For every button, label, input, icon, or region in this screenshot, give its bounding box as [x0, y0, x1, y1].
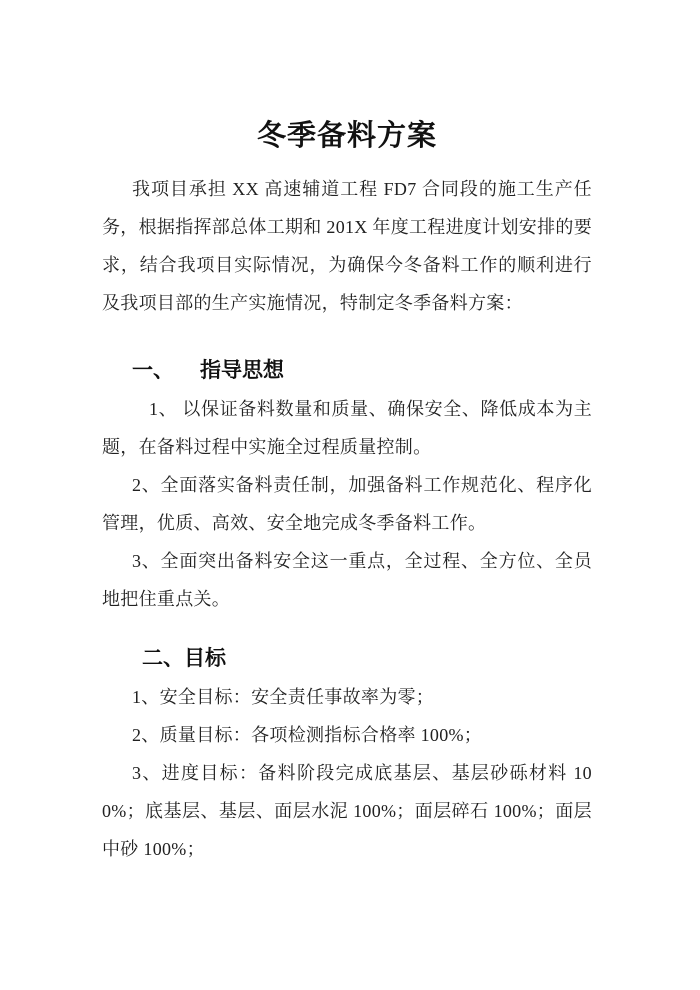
section-1-item-3: 3、全面突出备料安全这一重点，全过程、全方位、全员地把住重点关。: [102, 542, 592, 618]
section-1-item-2: 2、全面落实备料责任制，加强备料工作规范化、程序化管理，优质、高效、安全地完成冬…: [102, 466, 592, 542]
section-1-number: 一、: [132, 359, 174, 382]
document-title: 冬季备料方案: [102, 118, 592, 154]
section-1-title: 指导思想: [200, 359, 284, 382]
section-2-item-1: 1、安全目标：安全责任事故率为零；: [102, 678, 592, 716]
section-2-heading: 二、目标: [102, 640, 592, 678]
section-2-item-3: 3、进度目标：备料阶段完成底基层、基层砂砾材料 100%；底基层、基层、面层水泥…: [102, 754, 592, 868]
section-1-heading: 一、指导思想: [102, 352, 592, 390]
section-2-number: 二、: [142, 647, 184, 670]
document-page: 冬季备料方案 我项目承担 XX 高速辅道工程 FD7 合同段的施工生产任务，根据…: [0, 0, 700, 990]
section-1-item-1: 1、 以保证备料数量和质量、确保安全、降低成本为主题，在备料过程中实施全过程质量…: [102, 390, 592, 466]
section-2-title: 目标: [184, 647, 226, 670]
intro-paragraph: 我项目承担 XX 高速辅道工程 FD7 合同段的施工生产任务，根据指挥部总体工期…: [102, 170, 592, 322]
section-2-item-2: 2、质量目标：各项检测指标合格率 100%；: [102, 716, 592, 754]
